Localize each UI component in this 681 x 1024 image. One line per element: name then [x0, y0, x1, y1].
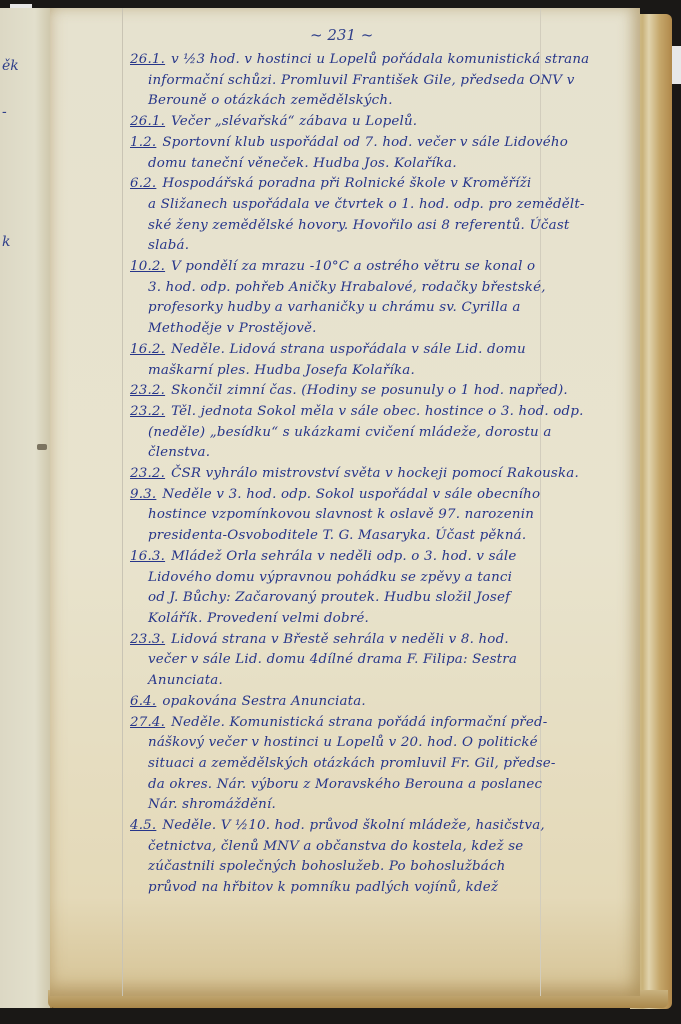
left-page-fragment: k [2, 234, 10, 250]
entry-line: a Sližanech uspořádala ve čtvrtek o 1. h… [130, 195, 650, 216]
entry-text: Nár. shromáždění. [148, 797, 276, 812]
entry-line: průvod na hřbitov k pomníku padlých vojí… [130, 878, 650, 899]
entry-text: (neděle) „besídku“ s ukázkami cvičení ml… [148, 425, 552, 440]
entry-text: Těl. jednota Sokol měla v sále obec. hos… [171, 404, 583, 419]
entry-line: profesorky hudby a varhaničky u chrámu s… [130, 298, 650, 319]
entry-line: 23.3.Lidová strana v Břestě sehrála v ne… [130, 630, 650, 651]
entry-text: da okres. Nár. výboru z Moravského Berou… [148, 777, 542, 792]
entry-date: 16.3. [130, 549, 165, 564]
entry-date: 9.3. [130, 487, 156, 502]
entry-line: 23.2.Skončil zimní čas. (Hodiny se posun… [130, 381, 650, 402]
entry-line: 9.3.Neděle v 3. hod. odp. Sokol uspořáda… [130, 485, 650, 506]
entry-text: Berouně o otázkách zemědělských. [148, 93, 393, 108]
entry-text: členstva. [148, 445, 210, 460]
page-number: ~ 231 ~ [310, 26, 373, 44]
entry-line: četnictva, členů MNV a občanstva do kost… [130, 837, 650, 858]
entry-line: ské ženy zemědělské hovory. Hovořilo asi… [130, 216, 650, 237]
entry-text: Neděle. V ½10. hod. průvod školní mládež… [162, 818, 545, 833]
chronicle-entry: 16.3.Mládež Orla sehrála v neděli odp. o… [130, 547, 650, 630]
chronicle-entry: 27.4.Neděle. Komunistická strana pořádá … [130, 713, 650, 817]
entry-text: Mládež Orla sehrála v neděli odp. o 3. h… [171, 549, 516, 564]
chronicle-entry: 1.2.Sportovní klub uspořádal od 7. hod. … [130, 133, 650, 174]
entry-text: Sportovní klub uspořádal od 7. hod. veče… [162, 135, 568, 150]
entry-line: Methoděje v Prostějově. [130, 319, 650, 340]
entry-line: domu taneční věneček. Hudba Jos. Kolařík… [130, 154, 650, 175]
entry-text: V pondělí za mrazu -10°C a ostrého větru… [171, 259, 535, 274]
entry-line: večer v sále Lid. domu 4dílné drama F. F… [130, 650, 650, 671]
chronicle-entries: 26.1.v ½3 hod. v hostinci u Lopelů pořád… [130, 50, 650, 899]
entry-line: 26.1.Večer „slévařská“ zábava u Lopelů. [130, 112, 650, 133]
entry-line: 3. hod. odp. pohřeb Aničky Hrabalové, ro… [130, 278, 650, 299]
chronicle-entry: 23.2.Skončil zimní čas. (Hodiny se posun… [130, 381, 650, 402]
entry-text: v ½3 hod. v hostinci u Lopelů pořádala k… [171, 52, 589, 67]
entry-line: Anunciata. [130, 671, 650, 692]
entry-text: ČSR vyhrálo mistrovství světa v hockeji … [171, 466, 579, 481]
entry-date: 27.4. [130, 715, 165, 730]
chronicle-entry: 23.2.Těl. jednota Sokol měla v sále obec… [130, 402, 650, 464]
entry-text: Neděle. Komunistická strana pořádá infor… [171, 715, 547, 730]
entry-date: 4.5. [130, 818, 156, 833]
entry-line: hostince vzpomínkovou slavnost k oslavě … [130, 505, 650, 526]
entry-line: 23.2.Těl. jednota Sokol měla v sále obec… [130, 402, 650, 423]
chronicle-entry: 26.1.Večer „slévařská“ zábava u Lopelů. [130, 112, 650, 133]
entry-date: 23.3. [130, 632, 165, 647]
entry-line: informační schůzi. Promluvil František G… [130, 71, 650, 92]
entry-line: Lidového domu výpravnou pohádku se zpěvy… [130, 568, 650, 589]
entry-line: 27.4.Neděle. Komunistická strana pořádá … [130, 713, 650, 734]
entry-date: 26.1. [130, 52, 165, 67]
entry-text: maškarní ples. Hudba Josefa Kolaříka. [148, 363, 415, 378]
entry-text: slabá. [148, 238, 189, 253]
entry-date: 10.2. [130, 259, 165, 274]
entry-text: domu taneční věneček. Hudba Jos. Kolařík… [148, 156, 457, 171]
entry-text: opakována Sestra Anunciata. [162, 694, 366, 709]
entry-line: Nár. shromáždění. [130, 795, 650, 816]
chronicle-entry: 23.2.ČSR vyhrálo mistrovství světa v hoc… [130, 464, 650, 485]
entry-text: průvod na hřbitov k pomníku padlých vojí… [148, 880, 498, 895]
entry-text: profesorky hudby a varhaničky u chrámu s… [148, 300, 521, 315]
entry-line: maškarní ples. Hudba Josefa Kolaříka. [130, 361, 650, 382]
entry-text: Neděle v 3. hod. odp. Sokol uspořádal v … [162, 487, 540, 502]
entry-text: hostince vzpomínkovou slavnost k oslavě … [148, 507, 534, 522]
entry-date: 1.2. [130, 135, 156, 150]
entry-line: od J. Bůchy: Začarovaný proutek. Hudbu s… [130, 588, 650, 609]
entry-line: 16.2.Neděle. Lidová strana uspořádala v … [130, 340, 650, 361]
entry-line: členstva. [130, 443, 650, 464]
entry-date: 26.1. [130, 114, 165, 129]
entry-date: 16.2. [130, 342, 165, 357]
chronicle-entry: 16.2.Neděle. Lidová strana uspořádala v … [130, 340, 650, 381]
entry-text: Anunciata. [148, 673, 223, 688]
entry-text: od J. Bůchy: Začarovaný proutek. Hudbu s… [148, 590, 510, 605]
entry-line: 16.3.Mládež Orla sehrála v neděli odp. o… [130, 547, 650, 568]
entry-line: 1.2.Sportovní klub uspořádal od 7. hod. … [130, 133, 650, 154]
entry-text: večer v sále Lid. domu 4dílné drama F. F… [148, 652, 517, 667]
entry-text: Kolářík. Provedení velmi dobré. [148, 611, 369, 626]
entry-text: četnictva, členů MNV a občanstva do kost… [148, 839, 523, 854]
bookmark-tab-right [672, 46, 681, 84]
entry-text: presidenta-Osvoboditele T. G. Masaryka. … [148, 528, 526, 543]
entry-text: Lidového domu výpravnou pohádku se zpěvy… [148, 570, 512, 585]
entry-text: a Sližanech uspořádala ve čtvrtek o 1. h… [148, 197, 585, 212]
entry-text: Lidová strana v Břestě sehrála v neděli … [171, 632, 509, 647]
entry-date: 23.2. [130, 466, 165, 481]
left-page-fragment: - [2, 104, 7, 120]
entry-text: zúčastnili společných bohoslužeb. Po boh… [148, 859, 506, 874]
chronicle-entry: 6.4.opakována Sestra Anunciata. [130, 692, 650, 713]
entry-line: 4.5.Neděle. V ½10. hod. průvod školní ml… [130, 816, 650, 837]
entry-line: presidenta-Osvoboditele T. G. Masaryka. … [130, 526, 650, 547]
entry-date: 23.2. [130, 383, 165, 398]
entry-line: Kolářík. Provedení velmi dobré. [130, 609, 650, 630]
entry-text: ské ženy zemědělské hovory. Hovořilo asi… [148, 218, 569, 233]
entry-line: da okres. Nár. výboru z Moravského Berou… [130, 775, 650, 796]
entry-text: Methoděje v Prostějově. [148, 321, 317, 336]
entry-date: 23.2. [130, 404, 165, 419]
chronicle-entry: 9.3.Neděle v 3. hod. odp. Sokol uspořáda… [130, 485, 650, 547]
entry-date: 6.2. [130, 176, 156, 191]
chronicle-entry: 10.2.V pondělí za mrazu -10°C a ostrého … [130, 257, 650, 340]
entry-text: 3. hod. odp. pohřeb Aničky Hrabalové, ro… [148, 280, 546, 295]
entry-text: náškový večer v hostinci u Lopelů v 20. … [148, 735, 538, 750]
entry-text: Hospodářská poradna při Rolnické škole v… [162, 176, 531, 191]
entry-line: slabá. [130, 236, 650, 257]
right-page: ~ 231 ~ 26.1.v ½3 hod. v hostinci u Lope… [50, 8, 640, 996]
chronicle-entry: 4.5.Neděle. V ½10. hod. průvod školní ml… [130, 816, 650, 899]
entry-text: Večer „slévařská“ zábava u Lopelů. [171, 114, 417, 129]
entry-line: 6.2.Hospodářská poradna při Rolnické ško… [130, 174, 650, 195]
left-page-fragment: ěk [2, 58, 19, 74]
entry-line: 26.1.v ½3 hod. v hostinci u Lopelů pořád… [130, 50, 650, 71]
entry-line: náškový večer v hostinci u Lopelů v 20. … [130, 733, 650, 754]
chronicle-entry: 23.3.Lidová strana v Břestě sehrála v ne… [130, 630, 650, 692]
entry-text: informační schůzi. Promluvil František G… [148, 73, 575, 88]
left-page: ěk - k [0, 8, 52, 1008]
entry-line: 6.4.opakována Sestra Anunciata. [130, 692, 650, 713]
entry-line: zúčastnili společných bohoslužeb. Po boh… [130, 857, 650, 878]
entry-date: 6.4. [130, 694, 156, 709]
entry-line: 10.2.V pondělí za mrazu -10°C a ostrého … [130, 257, 650, 278]
margin-rule [122, 8, 123, 996]
entry-line: (neděle) „besídku“ s ukázkami cvičení ml… [130, 423, 650, 444]
chronicle-entry: 26.1.v ½3 hod. v hostinci u Lopelů pořád… [130, 50, 650, 112]
entry-line: 23.2.ČSR vyhrálo mistrovství světa v hoc… [130, 464, 650, 485]
entry-text: Skončil zimní čas. (Hodiny se posunuly o… [171, 383, 568, 398]
entry-text: Neděle. Lidová strana uspořádala v sále … [171, 342, 526, 357]
entry-line: situaci a zemědělských otázkách promluvi… [130, 754, 650, 775]
entry-text: situaci a zemědělských otázkách promluvi… [148, 756, 556, 771]
entry-line: Berouně o otázkách zemědělských. [130, 91, 650, 112]
chronicle-entry: 6.2.Hospodářská poradna při Rolnické ško… [130, 174, 650, 257]
binding-mark [37, 444, 47, 450]
